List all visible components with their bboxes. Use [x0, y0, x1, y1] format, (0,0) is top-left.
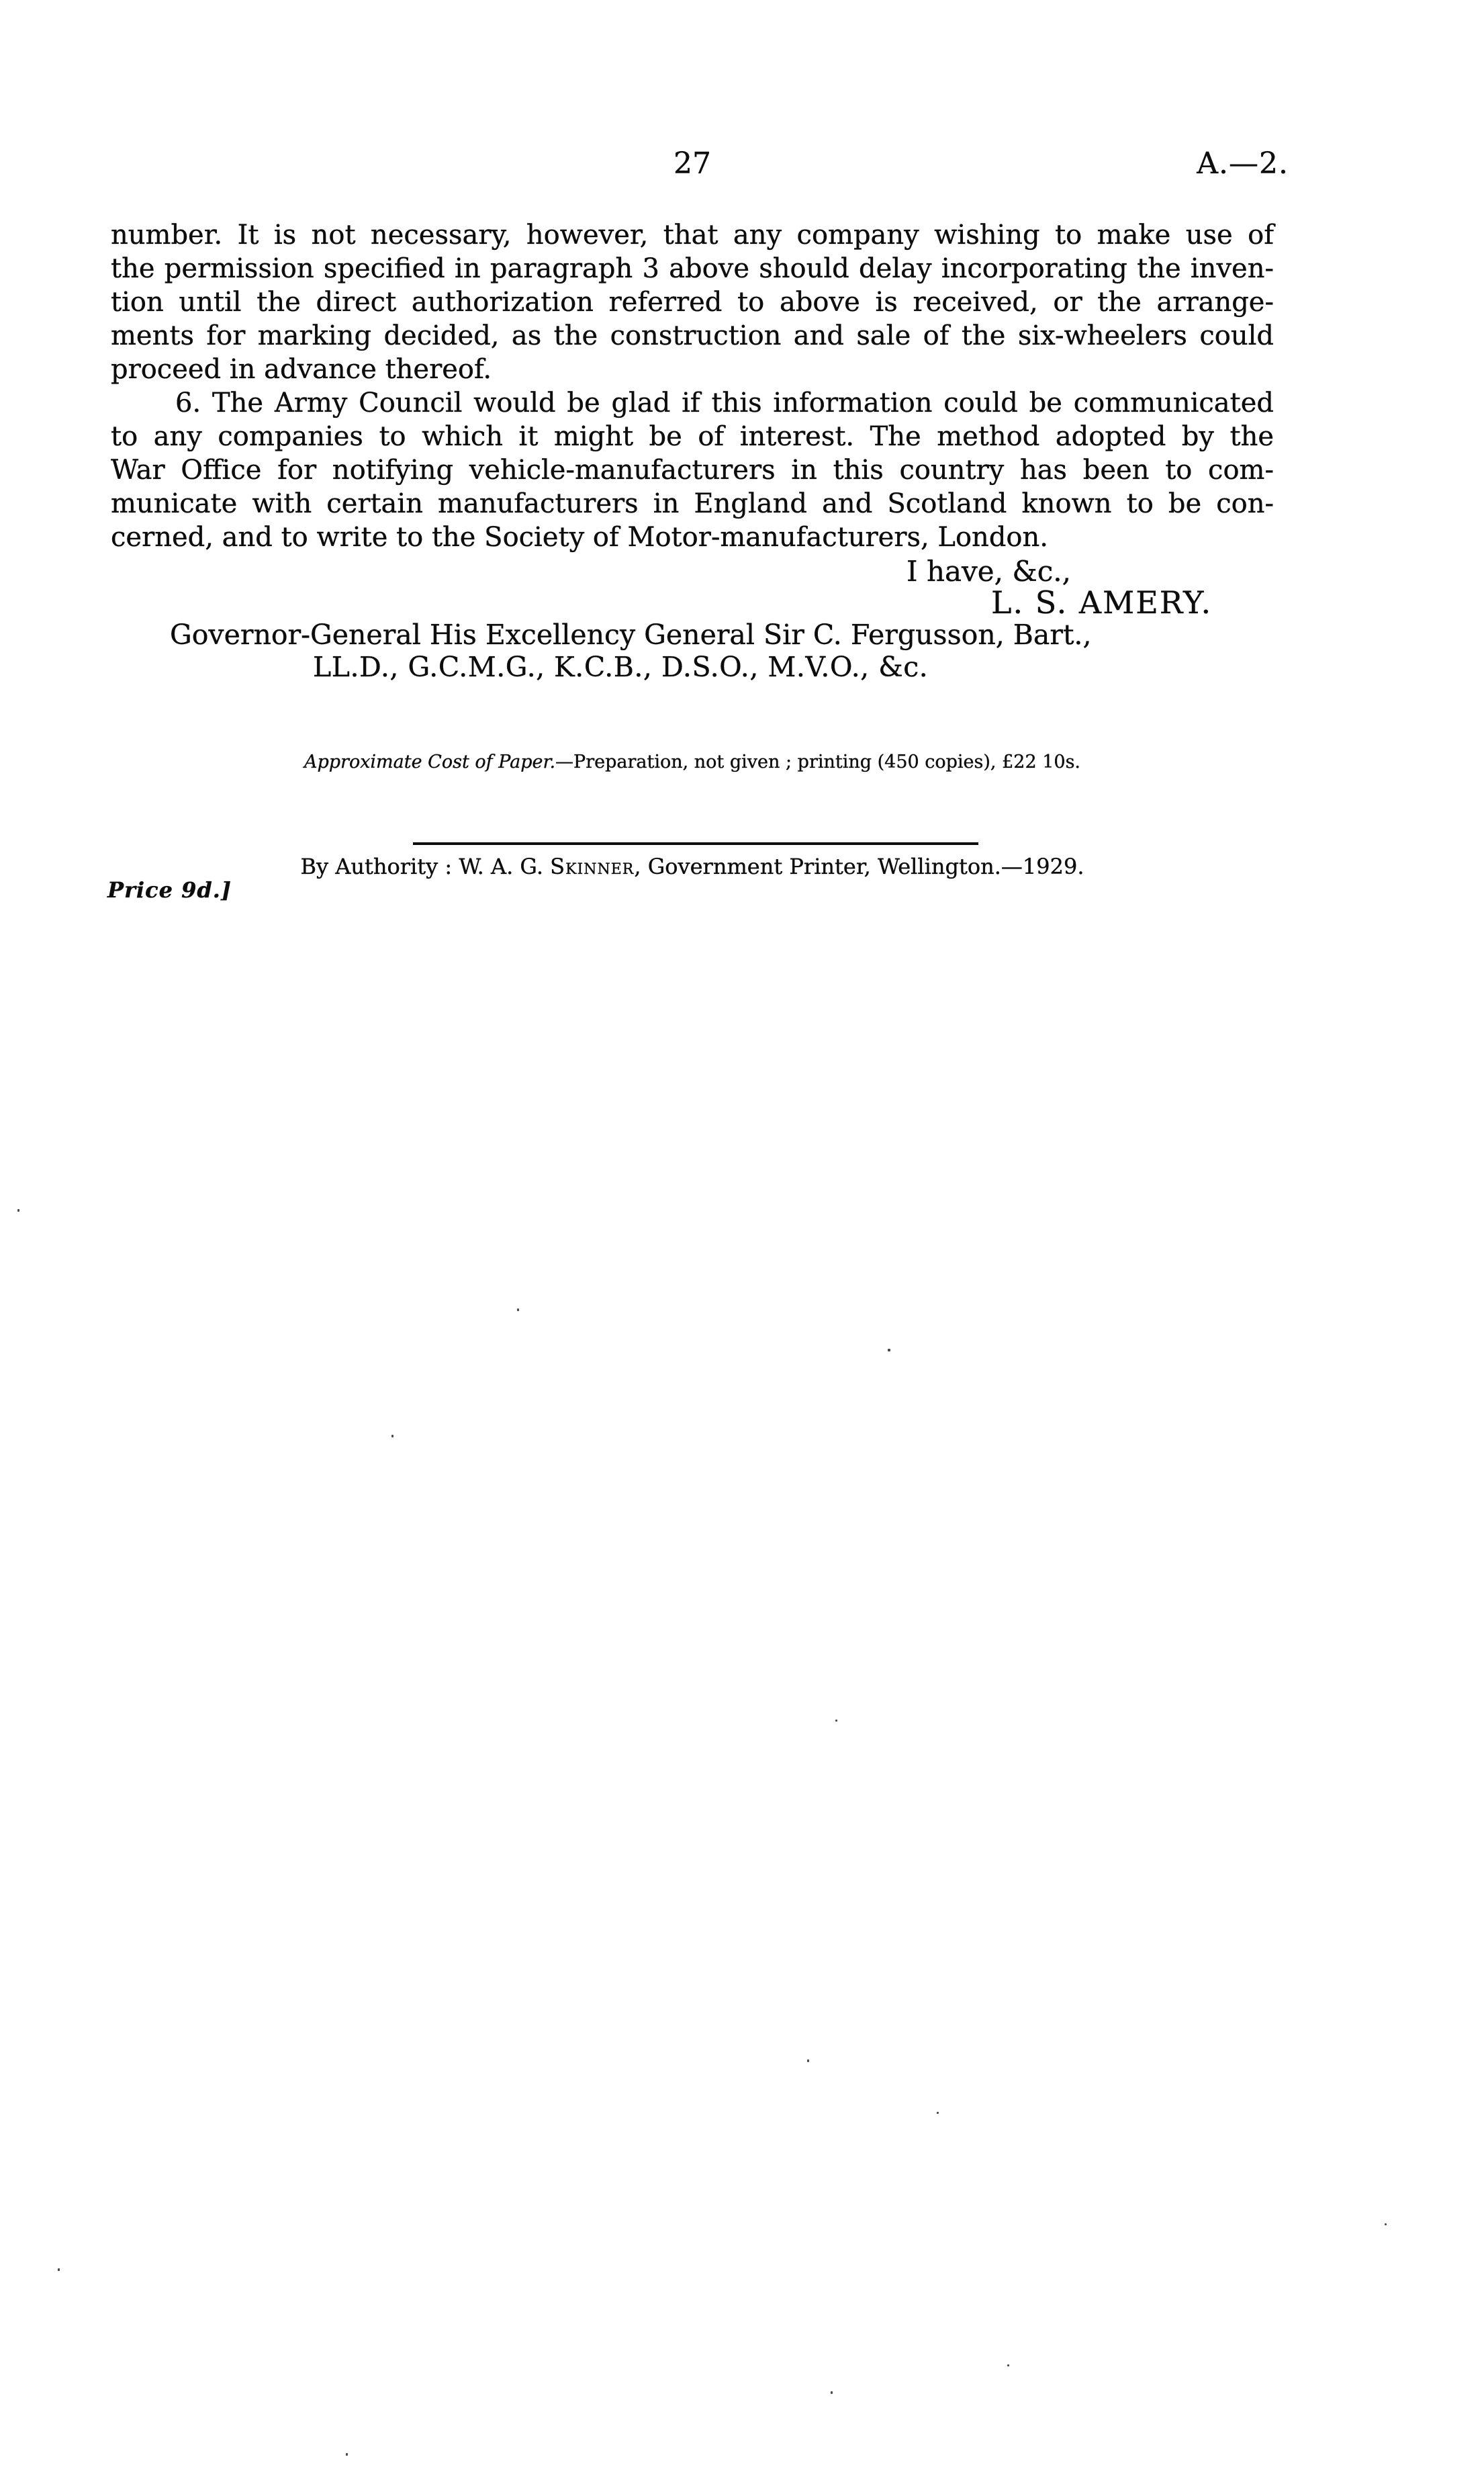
scan-speck — [831, 2391, 833, 2394]
scan-speck — [58, 2268, 60, 2271]
scan-speck — [391, 1435, 393, 1437]
signature: L. S. AMERY. — [991, 584, 1212, 621]
scan-speck — [1385, 2223, 1387, 2225]
text-line: 6. The Army Council would be glad if thi… — [111, 386, 1274, 420]
divider-rule — [413, 842, 978, 845]
text-line: War Office for notifying vehicle-manufac… — [111, 453, 1274, 487]
paragraph-continuation: number. It is not necessary, however, th… — [111, 218, 1274, 386]
text-line: tion until the direct authorization refe… — [111, 285, 1274, 319]
cost-note-title: Approximate Cost of Paper. — [304, 752, 555, 772]
scan-speck — [807, 2059, 809, 2062]
text-line: proceed in advance thereof. — [111, 353, 1274, 386]
text-line: the permission specified in paragraph 3 … — [111, 252, 1274, 285]
addressee-line-1: Governor-General His Excellency General … — [170, 619, 1092, 651]
scan-speck — [517, 1308, 519, 1311]
cost-note: Approximate Cost of Paper.—Preparation, … — [111, 752, 1274, 772]
printer-name: Skinner — [550, 854, 634, 879]
price-note: Price 9d.] — [107, 877, 232, 903]
imprint-line: By Authority : W. A. G. Skinner, Governm… — [111, 854, 1274, 879]
imprint-suffix: , Government Printer, Wellington.—1929. — [634, 854, 1084, 879]
document-reference: A.—2. — [1197, 146, 1289, 181]
valediction: I have, &c., — [907, 555, 1071, 588]
paragraph-6: 6. The Army Council would be glad if thi… — [111, 386, 1274, 554]
scan-speck — [1007, 2364, 1009, 2366]
page-number: 27 — [111, 146, 1274, 181]
page-header: 27 A.—2. — [111, 146, 1274, 180]
scan-speck — [17, 1209, 19, 1212]
scan-speck — [888, 1349, 890, 1351]
document-page: 27 A.—2. number. It is not necessary, ho… — [0, 0, 1484, 2492]
cost-note-detail: —Preparation, not given ; printing (450 … — [555, 752, 1080, 772]
text-line: number. It is not necessary, however, th… — [111, 218, 1274, 252]
addressee-line-2: LL.D., G.C.M.G., K.C.B., D.S.O., M.V.O.,… — [313, 651, 928, 683]
text-line: ments for marking decided, as the constr… — [111, 319, 1274, 353]
text-line: municate with certain manufacturers in E… — [111, 487, 1274, 521]
scan-speck — [835, 1720, 837, 1722]
text-line: to any companies to which it might be of… — [111, 420, 1274, 453]
scan-speck — [346, 2453, 348, 2456]
imprint-prefix: By Authority : W. A. G. — [301, 854, 551, 879]
scan-speck — [937, 2112, 939, 2114]
text-line: cerned, and to write to the Society of M… — [111, 521, 1274, 554]
